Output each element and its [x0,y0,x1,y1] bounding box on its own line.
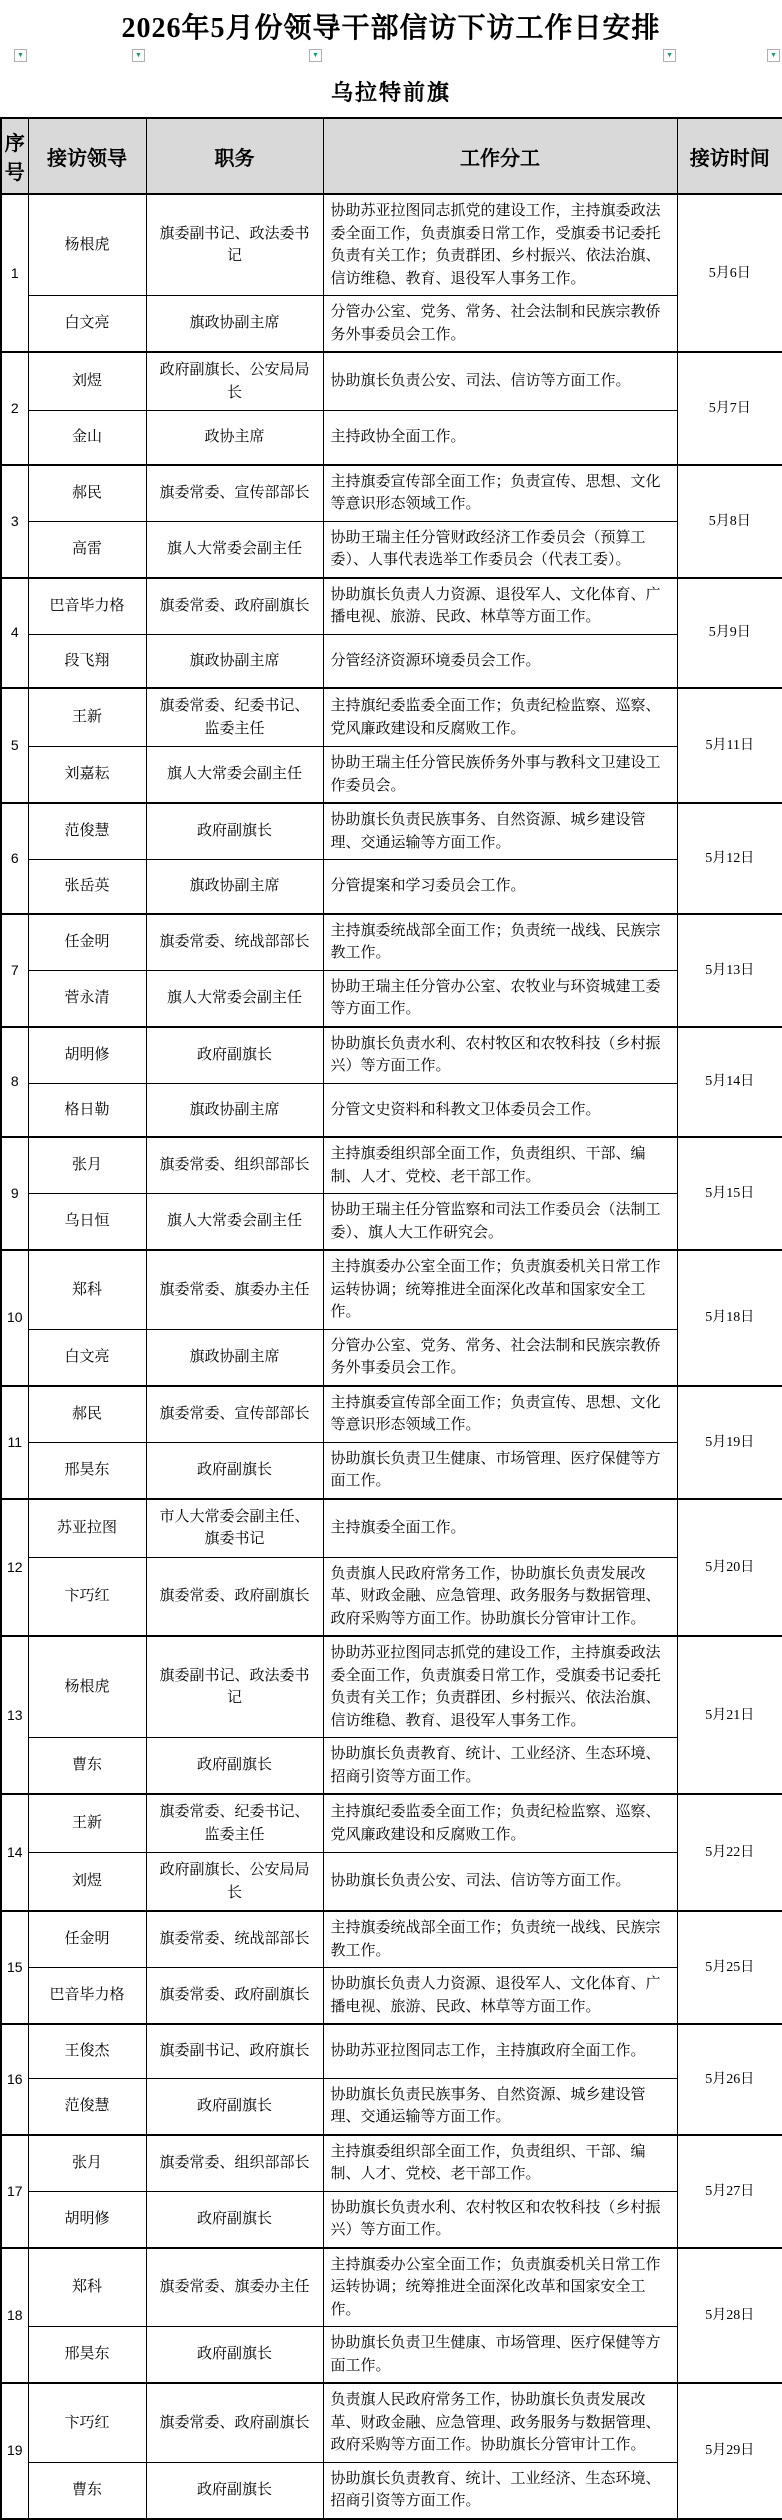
group-number: 15 [1,1911,28,2024]
leader-duty: 协助旗长负责民族事务、自然资源、城乡建设管理、交通运输等方面工作。 [323,803,677,860]
leader-position: 政府副旗长 [146,803,323,860]
leader-position: 政府副旗长 [146,2462,323,2519]
leader-name: 郝民 [28,1386,146,1443]
leader-duty: 协助旗长负责教育、统计、工业经济、生态环境、招商引资等方面工作。 [323,2462,677,2519]
leader-name: 曹东 [28,2462,146,2519]
visit-date: 5月15日 [677,1137,782,1250]
table-row: 12 苏亚拉图 市人大常委会副主任、旗委书记 主持旗委全面工作。 5月20日 [1,1499,782,1558]
table-row: 胡明修 政府副旗长 协助旗长负责水利、农村牧区和农牧科技（乡村振兴）等方面工作。 [1,2191,782,2248]
page-title: 2026年5月份领导干部信访下访工作日安排 [0,0,782,46]
leader-name: 格日勒 [28,1083,146,1137]
table-row: 白文亮 旗政协副主席 分管办公室、党务、常务、社会法制和民族宗教侨务外事委员会工… [1,296,782,353]
table-row: 曹东 政府副旗长 协助旗长负责教育、统计、工业经济、生态环境、招商引资等方面工作… [1,2462,782,2519]
group-number: 12 [1,1499,28,1637]
leader-name: 白文亮 [28,296,146,353]
leader-name: 白文亮 [28,1329,146,1386]
group-number: 6 [1,803,28,914]
leader-duty: 协助王瑞主任分管办公室、农牧业与环资城建工委等方面工作。 [323,970,677,1027]
table-row: 17 张月 旗委常委、组织部部长 主持旗委组织部全面工作，负责组织、干部、编制、… [1,2135,782,2192]
visit-date: 5月26日 [677,2024,782,2135]
leader-position: 旗委常委、统战部部长 [146,1911,323,1968]
filter-dropdown-icon[interactable]: ▼ [767,49,780,62]
leader-name: 张岳英 [28,860,146,914]
leader-position: 旗委常委、宣传部部长 [146,1386,323,1443]
leader-name: 任金明 [28,914,146,971]
group-number: 11 [1,1386,28,1499]
leader-name: 张月 [28,1137,146,1194]
visit-date: 5月12日 [677,803,782,914]
leader-position: 旗委副书记、政府旗长 [146,2024,323,2078]
table-row: 范俊慧 政府副旗长 协助旗长负责民族事务、自然资源、城乡建设管理、交通运输等方面… [1,2078,782,2135]
table-row: 2 刘煜 政府副旗长、公安局局长 协助旗长负责公安、司法、信访等方面工作。 5月… [1,352,782,411]
table-row: 15 任金明 旗委常委、统战部部长 主持旗委统战部全面工作；负责统一战线、民族宗… [1,1911,782,1968]
header-position: 职务 [146,118,323,194]
leader-position: 政协主席 [146,411,323,465]
table-row: 高雷 旗人大常委会副主任 协助王瑞主任分管财政经济工作委员会（预算工委）、人事代… [1,521,782,578]
leader-duty: 协助苏亚拉图同志工作，主持旗政府全面工作。 [323,2024,677,2078]
leader-position: 旗人大常委会副主任 [146,747,323,804]
leader-name: 苏亚拉图 [28,1499,146,1558]
group-number: 16 [1,2024,28,2135]
filter-dropdown-icon[interactable]: ▼ [309,49,322,62]
leader-position: 旗政协副主席 [146,1083,323,1137]
visit-date: 5月9日 [677,578,782,689]
table-row: 10 郑科 旗委常委、旗委办主任 主持旗委办公室全面工作；负责旗委机关日常工作运… [1,1250,782,1329]
leader-duty: 负责旗人民政府常务工作，协助旗长负责发展改革、财政金融、应急管理、政务服务与数据… [323,1557,677,1636]
leader-name: 范俊慧 [28,803,146,860]
leader-position: 政府副旗长 [146,2191,323,2248]
leader-duty: 协助旗长负责人力资源、退役军人、文化体育、广播电视、旅游、民政、林草等方面工作。 [323,578,677,635]
leader-name: 王俊杰 [28,2024,146,2078]
section-title: 乌拉特前旗 [0,68,782,117]
table-row: 张岳英 旗政协副主席 分管提案和学习委员会工作。 [1,860,782,914]
leader-name: 王新 [28,1794,146,1853]
leader-position: 政府副旗长 [146,1738,323,1795]
table-row: 11 郝民 旗委常委、宣传部部长 主持旗委宣传部全面工作；负责宣传、思想、文化等… [1,1386,782,1443]
table-row: 乌日恒 旗人大常委会副主任 协助王瑞主任分管监察和司法工作委员会（法制工委）、旗… [1,1194,782,1251]
leader-duty: 分管提案和学习委员会工作。 [323,860,677,914]
header-row: 序号 接访领导 职务 工作分工 接访时间 [1,118,782,194]
leader-name: 刘嘉耘 [28,747,146,804]
leader-name: 乌日恒 [28,1194,146,1251]
leader-duty: 协助旗长负责水利、农村牧区和农牧科技（乡村振兴）等方面工作。 [323,1027,677,1084]
leader-name: 巴音毕力格 [28,578,146,635]
group-number: 3 [1,465,28,578]
header-visit-time: 接访时间 [677,118,782,194]
leader-position: 旗委常委、旗委办主任 [146,2248,323,2327]
header-serial-number: 序号 [1,118,28,194]
table-row: 14 王新 旗委常委、纪委书记、监委主任 主持旗纪委监委全面工作；负责纪检监察、… [1,1794,782,1853]
leader-duty: 分管文史资料和科教文卫体委员会工作。 [323,1083,677,1137]
table-row: 7 任金明 旗委常委、统战部部长 主持旗委统战部全面工作；负责统一战线、民族宗教… [1,914,782,971]
visit-date: 5月19日 [677,1386,782,1499]
leader-duty: 分管经济资源环境委员会工作。 [323,634,677,688]
schedule-table: 序号 接访领导 职务 工作分工 接访时间 1 杨根虎 旗委副书记、政法委书记 协… [0,117,782,2520]
leader-name: 邢昊东 [28,2327,146,2384]
group-number: 4 [1,578,28,689]
leader-name: 卞巧红 [28,2383,146,2462]
visit-date: 5月22日 [677,1794,782,1911]
group-number: 19 [1,2383,28,2519]
leader-position: 旗人大常委会副主任 [146,970,323,1027]
leader-name: 杨根虎 [28,194,146,296]
leader-position: 旗人大常委会副主任 [146,1194,323,1251]
leader-position: 旗委常委、组织部部长 [146,2135,323,2192]
table-row: 5 王新 旗委常委、纪委书记、监委主任 主持旗纪委监委全面工作；负责纪检监察、巡… [1,688,782,747]
leader-position: 旗委副书记、政法委书记 [146,194,323,296]
leader-position: 政府副旗长 [146,1027,323,1084]
group-number: 8 [1,1027,28,1138]
leader-position: 旗政协副主席 [146,296,323,353]
table-row: 巴音毕力格 旗委常委、政府副旗长 协助旗长负责人力资源、退役军人、文化体育、广播… [1,1968,782,2025]
leader-duty: 协助苏亚拉图同志抓党的建设工作，主持旗委政法委全面工作，负责旗委日常工作，受旗委… [323,1636,677,1738]
leader-position: 市人大常委会副主任、旗委书记 [146,1499,323,1558]
leader-duty: 协助旗长负责人力资源、退役军人、文化体育、广播电视、旅游、民政、林草等方面工作。 [323,1968,677,2025]
leader-name: 郝民 [28,465,146,522]
leader-name: 杨根虎 [28,1636,146,1738]
leader-position: 政府副旗长、公安局局长 [146,1853,323,1912]
leader-position: 旗政协副主席 [146,860,323,914]
table-row: 8 胡明修 政府副旗长 协助旗长负责水利、农村牧区和农牧科技（乡村振兴）等方面工… [1,1027,782,1084]
group-number: 9 [1,1137,28,1250]
group-number: 2 [1,352,28,465]
visit-date: 5月28日 [677,2248,782,2384]
leader-duty: 主持政协全面工作。 [323,411,677,465]
leader-duty: 主持旗委组织部全面工作，负责组织、干部、编制、人才、党校、老干部工作。 [323,1137,677,1194]
leader-name: 张月 [28,2135,146,2192]
leader-name: 卞巧红 [28,1557,146,1636]
leader-position: 政府副旗长 [146,1442,323,1499]
filter-dropdown-icon[interactable]: ▼ [132,49,145,62]
autofilter-row: ▼ ▼ ▼ ▼ ▼ [0,46,782,68]
table-row: 1 杨根虎 旗委副书记、政法委书记 协助苏亚拉图同志抓党的建设工作，主持旗委政法… [1,194,782,296]
leader-position: 旗政协副主席 [146,634,323,688]
group-number: 10 [1,1250,28,1386]
group-number: 14 [1,1794,28,1911]
leader-name: 菅永清 [28,970,146,1027]
leader-position: 旗委常委、组织部部长 [146,1137,323,1194]
table-row: 16 王俊杰 旗委副书记、政府旗长 协助苏亚拉图同志工作，主持旗政府全面工作。 … [1,2024,782,2078]
leader-duty: 负责旗人民政府常务工作，协助旗长负责发展改革、财政金融、应急管理、政务服务与数据… [323,2383,677,2462]
leader-position: 旗委常委、纪委书记、监委主任 [146,688,323,747]
leader-name: 任金明 [28,1911,146,1968]
leader-duty: 协助王瑞主任分管监察和司法工作委员会（法制工委）、旗人大工作研究会。 [323,1194,677,1251]
leader-name: 曹东 [28,1738,146,1795]
table-row: 刘煜 政府副旗长、公安局局长 协助旗长负责公安、司法、信访等方面工作。 [1,1853,782,1912]
leader-duty: 主持旗委统战部全面工作；负责统一战线、民族宗教工作。 [323,914,677,971]
leader-name: 巴音毕力格 [28,1968,146,2025]
visit-date: 5月14日 [677,1027,782,1138]
leader-name: 胡明修 [28,2191,146,2248]
group-number: 7 [1,914,28,1027]
leader-duty: 主持旗纪委监委全面工作；负责纪检监察、巡察、党风廉政建设和反腐败工作。 [323,1794,677,1853]
table-row: 金山 政协主席 主持政协全面工作。 [1,411,782,465]
leader-duty: 协助王瑞主任分管财政经济工作委员会（预算工委）、人事代表选举工作委员会（代表工委… [323,521,677,578]
group-number: 17 [1,2135,28,2248]
table-row: 6 范俊慧 政府副旗长 协助旗长负责民族事务、自然资源、城乡建设管理、交通运输等… [1,803,782,860]
leader-duty: 协助旗长负责卫生健康、市场管理、医疗保健等方面工作。 [323,2327,677,2384]
leader-duty: 主持旗委宣传部全面工作；负责宣传、思想、文化等意识形态领域工作。 [323,465,677,522]
visit-date: 5月7日 [677,352,782,465]
header-work-division: 工作分工 [323,118,677,194]
spreadsheet-page: 2026年5月份领导干部信访下访工作日安排 ▼ ▼ ▼ ▼ ▼ 乌拉特前旗 序号… [0,0,782,2520]
table-row: 格日勒 旗政协副主席 分管文史资料和科教文卫体委员会工作。 [1,1083,782,1137]
leader-position: 政府副旗长 [146,2078,323,2135]
leader-duty: 主持旗委宣传部全面工作；负责宣传、思想、文化等意识形态领域工作。 [323,1386,677,1443]
header-leader: 接访领导 [28,118,146,194]
table-row: 刘嘉耘 旗人大常委会副主任 协助王瑞主任分管民族侨务外事与教科文卫建设工作委员会… [1,747,782,804]
leader-duty: 主持旗委全面工作。 [323,1499,677,1558]
leader-position: 旗委常委、政府副旗长 [146,1968,323,2025]
leader-position: 旗人大常委会副主任 [146,521,323,578]
leader-duty: 协助旗长负责卫生健康、市场管理、医疗保健等方面工作。 [323,1442,677,1499]
leader-name: 段飞翔 [28,634,146,688]
leader-position: 旗委常委、宣传部部长 [146,465,323,522]
table-row: 卞巧红 旗委常委、政府副旗长 负责旗人民政府常务工作，协助旗长负责发展改革、财政… [1,1557,782,1636]
leader-name: 胡明修 [28,1027,146,1084]
leader-position: 政府副旗长 [146,2327,323,2384]
filter-dropdown-icon[interactable]: ▼ [14,49,27,62]
table-row: 9 张月 旗委常委、组织部部长 主持旗委组织部全面工作，负责组织、干部、编制、人… [1,1137,782,1194]
table-row: 邢昊东 政府副旗长 协助旗长负责卫生健康、市场管理、医疗保健等方面工作。 [1,2327,782,2384]
leader-position: 旗委常委、统战部部长 [146,914,323,971]
leader-duty: 协助旗长负责民族事务、自然资源、城乡建设管理、交通运输等方面工作。 [323,2078,677,2135]
leader-duty: 协助旗长负责公安、司法、信访等方面工作。 [323,1853,677,1912]
leader-duty: 主持旗委办公室全面工作；负责旗委机关日常工作运转协调；统筹推进全面深化改革和国家… [323,1250,677,1329]
leader-position: 旗政协副主席 [146,1329,323,1386]
table-row: 曹东 政府副旗长 协助旗长负责教育、统计、工业经济、生态环境、招商引资等方面工作… [1,1738,782,1795]
visit-date: 5月25日 [677,1911,782,2024]
leader-position: 政府副旗长、公安局局长 [146,352,323,411]
table-row: 3 郝民 旗委常委、宣传部部长 主持旗委宣传部全面工作；负责宣传、思想、文化等意… [1,465,782,522]
visit-date: 5月18日 [677,1250,782,1386]
table-row: 段飞翔 旗政协副主席 分管经济资源环境委员会工作。 [1,634,782,688]
leader-position: 旗委副书记、政法委书记 [146,1636,323,1738]
leader-duty: 主持旗纪委监委全面工作；负责纪检监察、巡察、党风廉政建设和反腐败工作。 [323,688,677,747]
filter-dropdown-icon[interactable]: ▼ [663,49,676,62]
table-row: 19 卞巧红 旗委常委、政府副旗长 负责旗人民政府常务工作，协助旗长负责发展改革… [1,2383,782,2462]
visit-date: 5月27日 [677,2135,782,2248]
leader-name: 金山 [28,411,146,465]
leader-position: 旗委常委、政府副旗长 [146,2383,323,2462]
table-row: 4 巴音毕力格 旗委常委、政府副旗长 协助旗长负责人力资源、退役军人、文化体育、… [1,578,782,635]
group-number: 13 [1,1636,28,1794]
table-row: 菅永清 旗人大常委会副主任 协助王瑞主任分管办公室、农牧业与环资城建工委等方面工… [1,970,782,1027]
leader-duty: 协助王瑞主任分管民族侨务外事与教科文卫建设工作委员会。 [323,747,677,804]
group-number: 18 [1,2248,28,2384]
leader-name: 范俊慧 [28,2078,146,2135]
table-row: 白文亮 旗政协副主席 分管办公室、党务、常务、社会法制和民族宗教侨务外事委员会工… [1,1329,782,1386]
leader-duty: 分管办公室、党务、常务、社会法制和民族宗教侨务外事委员会工作。 [323,1329,677,1386]
table-row: 18 郑科 旗委常委、旗委办主任 主持旗委办公室全面工作；负责旗委机关日常工作运… [1,2248,782,2327]
table-row: 13 杨根虎 旗委副书记、政法委书记 协助苏亚拉图同志抓党的建设工作，主持旗委政… [1,1636,782,1738]
group-number: 5 [1,688,28,803]
leader-position: 旗委常委、政府副旗长 [146,1557,323,1636]
leader-name: 邢昊东 [28,1442,146,1499]
leader-name: 王新 [28,688,146,747]
leader-name: 郑科 [28,1250,146,1329]
leader-name: 刘煜 [28,352,146,411]
leader-name: 刘煜 [28,1853,146,1912]
visit-date: 5月13日 [677,914,782,1027]
leader-duty: 主持旗委统战部全面工作；负责统一战线、民族宗教工作。 [323,1911,677,1968]
table-row: 邢昊东 政府副旗长 协助旗长负责卫生健康、市场管理、医疗保健等方面工作。 [1,1442,782,1499]
leader-duty: 协助旗长负责公安、司法、信访等方面工作。 [323,352,677,411]
visit-date: 5月6日 [677,194,782,352]
leader-position: 旗委常委、纪委书记、监委主任 [146,1794,323,1853]
leader-duty: 协助旗长负责教育、统计、工业经济、生态环境、招商引资等方面工作。 [323,1738,677,1795]
visit-date: 5月21日 [677,1636,782,1794]
visit-date: 5月8日 [677,465,782,578]
leader-duty: 分管办公室、党务、常务、社会法制和民族宗教侨务外事委员会工作。 [323,296,677,353]
visit-date: 5月20日 [677,1499,782,1637]
visit-date: 5月29日 [677,2383,782,2519]
leader-name: 高雷 [28,521,146,578]
group-number: 1 [1,194,28,352]
leader-duty: 协助旗长负责水利、农村牧区和农牧科技（乡村振兴）等方面工作。 [323,2191,677,2248]
leader-name: 郑科 [28,2248,146,2327]
leader-duty: 主持旗委办公室全面工作；负责旗委机关日常工作运转协调；统筹推进全面深化改革和国家… [323,2248,677,2327]
leader-duty: 主持旗委组织部全面工作，负责组织、干部、编制、人才、党校、老干部工作。 [323,2135,677,2192]
leader-position: 旗委常委、政府副旗长 [146,578,323,635]
visit-date: 5月11日 [677,688,782,803]
leader-position: 旗委常委、旗委办主任 [146,1250,323,1329]
leader-duty: 协助苏亚拉图同志抓党的建设工作，主持旗委政法委全面工作，负责旗委日常工作，受旗委… [323,194,677,296]
